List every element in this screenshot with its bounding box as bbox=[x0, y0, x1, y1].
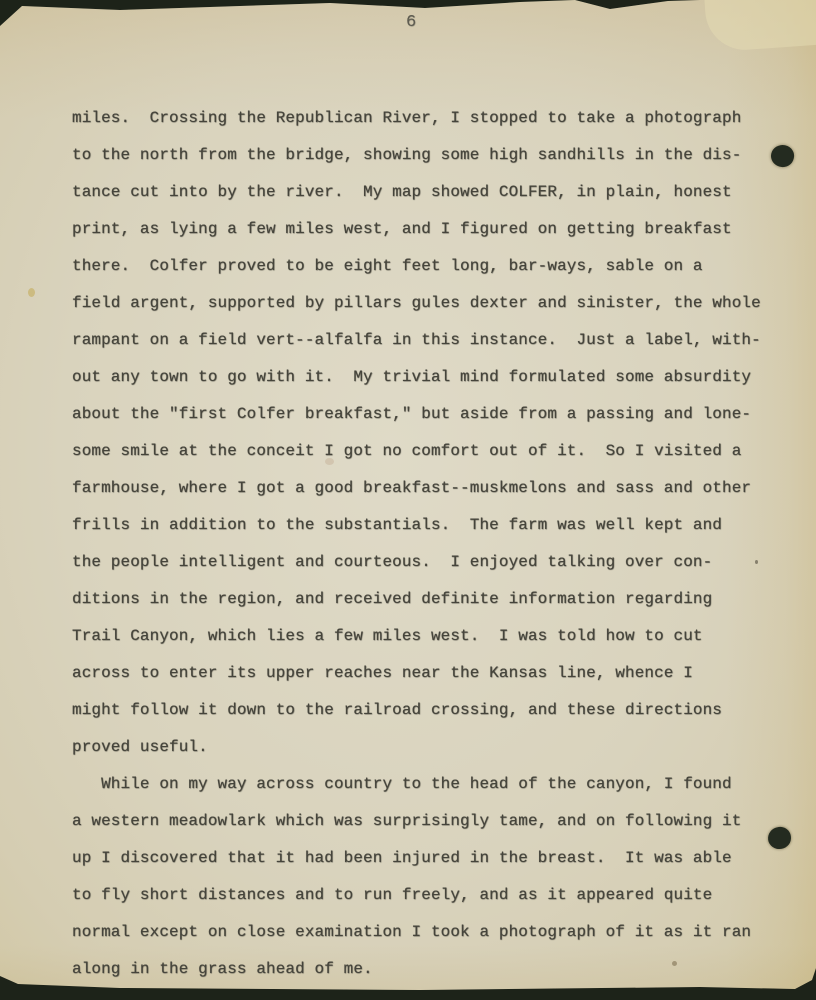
typed-line: the people intelligent and courteous. I … bbox=[72, 544, 772, 581]
typed-line: to fly short distances and to run freely… bbox=[72, 877, 772, 914]
document-page: 6 miles. Crossing the Republican River, … bbox=[0, 0, 816, 1000]
typed-line: ditions in the region, and received defi… bbox=[72, 581, 772, 618]
scanner-background: 6 miles. Crossing the Republican River, … bbox=[0, 0, 816, 1000]
typed-line: rampant on a field vert--alfalfa in this… bbox=[72, 322, 772, 359]
typed-line: frills in addition to the substantials. … bbox=[72, 507, 772, 544]
typed-line: print, as lying a few miles west, and I … bbox=[72, 211, 772, 248]
typed-line: miles. Crossing the Republican River, I … bbox=[72, 100, 772, 137]
typed-line: proved useful. bbox=[72, 729, 772, 766]
typed-line: tance cut into by the river. My map show… bbox=[72, 174, 772, 211]
paper-corner-fold bbox=[704, 0, 816, 52]
typed-line: about the "first Colfer breakfast," but … bbox=[72, 396, 772, 433]
typed-line: there. Colfer proved to be eight feet lo… bbox=[72, 248, 772, 285]
typed-line: might follow it down to the railroad cro… bbox=[72, 692, 772, 729]
typed-line: normal except on close examination I too… bbox=[72, 914, 772, 951]
typed-line: farmhouse, where I got a good breakfast-… bbox=[72, 470, 772, 507]
typed-line: along in the grass ahead of me. bbox=[72, 951, 772, 988]
age-speck bbox=[28, 288, 35, 297]
typed-line: up I discovered that it had been injured… bbox=[72, 840, 772, 877]
typed-line: across to enter its upper reaches near t… bbox=[72, 655, 772, 692]
typed-line: While on my way across country to the he… bbox=[72, 766, 772, 803]
typed-line: to the north from the bridge, showing so… bbox=[72, 137, 772, 174]
page-number: 6 bbox=[406, 13, 416, 32]
typed-line: a western meadowlark which was surprisin… bbox=[72, 803, 772, 840]
typed-line: field argent, supported by pillars gules… bbox=[72, 285, 772, 322]
typed-text-block: miles. Crossing the Republican River, I … bbox=[72, 100, 772, 988]
typed-line: out any town to go with it. My trivial m… bbox=[72, 359, 772, 396]
typed-line: Trail Canyon, which lies a few miles wes… bbox=[72, 618, 772, 655]
typed-line: some smile at the conceit I got no comfo… bbox=[72, 433, 772, 470]
